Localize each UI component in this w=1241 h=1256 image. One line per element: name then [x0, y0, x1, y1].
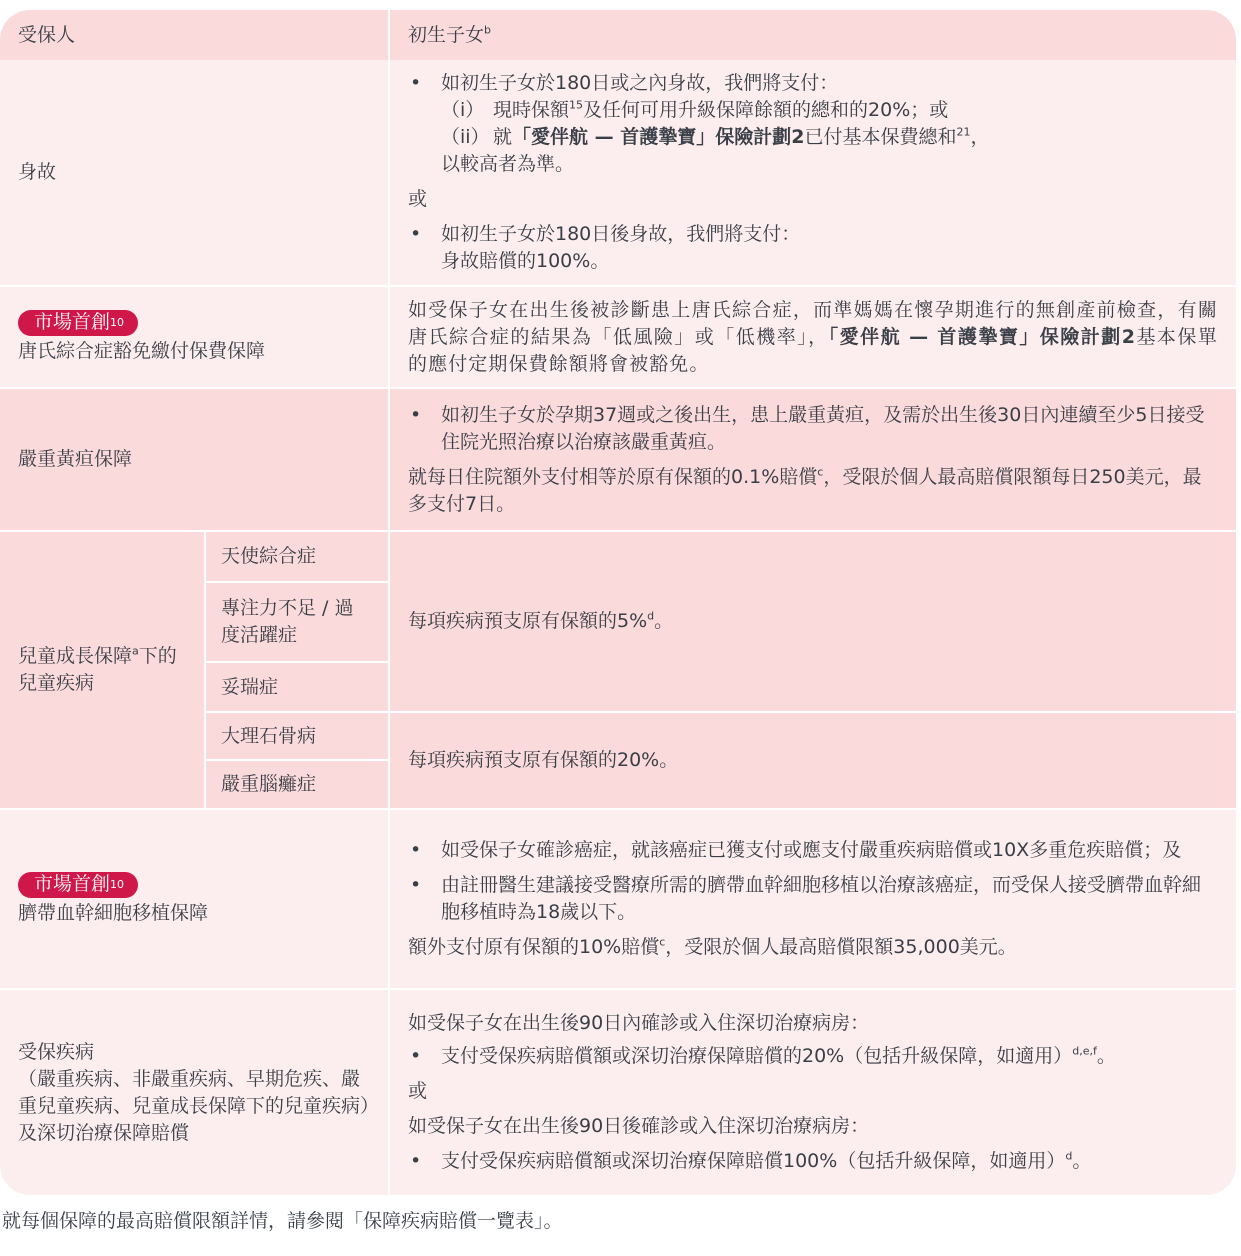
disease-osteopetrosis: 大理石骨病 [206, 713, 388, 759]
market-first-badge: 市場首創10 [18, 872, 138, 898]
child-growth-payout-20pct: 每項疾病預支原有保額的20%。 [390, 713, 1236, 808]
death-label: 身故 [18, 159, 370, 186]
bullet-dot: • [408, 221, 441, 275]
death-option-i: （i） 現時保額15及任何可用升級保障餘額的總和的20%；或 [441, 97, 1218, 124]
bullet-dot: • [408, 837, 441, 864]
cord-blood-payout: 額外支付原有保額的10%賠償c，受限於個人最高賠償限額35,000美元。 [408, 934, 1218, 961]
cord-blood-label: 臍帶血幹細胞移植保障 [18, 900, 370, 927]
death-option-ii: （ii） 就「愛伴航 — 首護摯寶」保險計劃2已付基本保費總和21， [441, 124, 1218, 151]
bullet-dot: • [408, 70, 441, 178]
child-growth-label-cell: 兒童成長保障a下的兒童疾病 [0, 532, 204, 808]
cord-blood-bullet-2: • 由註冊醫生建議接受醫療所需的臍帶血幹細胞移植以治療該癌症，而受保人接受臍帶血… [408, 872, 1218, 926]
within-90-bullet: • 支付受保疾病賠償額或深切治療保障賠償的20%（包括升級保障，如適用）d,e,… [408, 1043, 1218, 1070]
bullet-dot: • [408, 1148, 441, 1175]
death-bullet-within-180: • 如初生子女於180日或之內身故，我們將支付： （i） 現時保額15及任何可用… [408, 70, 1218, 178]
row-divider [206, 581, 388, 583]
disease-tourette: 妥瑞症 [206, 663, 388, 711]
row-divider [0, 988, 1236, 990]
jaundice-bullet: • 如初生子女於孕期37週或之後出生，患上嚴重黃疸，及需於出生後30日內連續至少… [408, 402, 1218, 456]
market-first-badge: 市場首創10 [18, 310, 138, 336]
within-90-intro: 如受保子女在出生後90日內確診或入住深切治療病房： [408, 1010, 1218, 1037]
row-divider [0, 808, 1236, 810]
bullet-dot: • [408, 402, 441, 456]
row-divider [206, 759, 388, 761]
header-newborn-cell: 初生子女b [390, 10, 1236, 60]
downs-label: 唐氏綜合症豁免繳付保費保障 [18, 338, 370, 365]
covered-illness-or: 或 [408, 1078, 1218, 1105]
header-newborn-label: 初生子女b [408, 22, 1218, 49]
column-divider [388, 10, 390, 1195]
child-growth-payout-5pct: 每項疾病預支原有保額的5%d。 [390, 532, 1236, 711]
after-90-bullet: • 支付受保疾病賠償額或深切治療保障賠償100%（包括升級保障，如適用）d。 [408, 1148, 1218, 1175]
jaundice-label-cell: 嚴重黃疸保障 [0, 389, 388, 530]
row-divider [206, 661, 388, 663]
bullet-dot: • [408, 872, 441, 926]
disease-cerebral-palsy: 嚴重腦癱症 [206, 761, 388, 808]
jaundice-payout: 就每日住院額外支付相等於原有保額的0.1%賠償c，受限於個人最高賠償限額每日25… [408, 464, 1218, 518]
bullet-dot: • [408, 1043, 441, 1070]
header-insured-cell: 受保人 [0, 10, 388, 60]
row-divider [0, 530, 1236, 532]
row-divider [0, 387, 1236, 389]
jaundice-detail-cell: • 如初生子女於孕期37週或之後出生，患上嚴重黃疸，及需於出生後30日內連續至少… [390, 389, 1236, 530]
cord-blood-bullet-1: • 如受保子女確診癌症，就該癌症已獲支付或應支付嚴重疾病賠償或10X多重危疾賠償… [408, 837, 1218, 864]
jaundice-label: 嚴重黃疸保障 [18, 446, 370, 473]
child-growth-label: 兒童成長保障a下的兒童疾病 [18, 643, 186, 697]
row-divider [0, 285, 1236, 287]
death-or: 或 [408, 186, 1218, 213]
cord-blood-detail-cell: • 如受保子女確診癌症，就該癌症已獲支付或應支付嚴重疾病賠償或10X多重危疾賠償… [390, 810, 1236, 988]
footer-note: 就每個保障的最高賠償限額詳情，請參閱「保障疾病賠償一覽表」。 [2, 1207, 563, 1235]
cord-blood-label-cell: 市場首創10 臍帶血幹細胞移植保障 [0, 810, 388, 988]
subcolumn-divider [204, 532, 206, 808]
row-divider [206, 711, 1236, 713]
death-detail-cell: • 如初生子女於180日或之內身故，我們將支付： （i） 現時保額15及任何可用… [390, 60, 1236, 285]
death-label-cell: 身故 [0, 60, 388, 285]
covered-illness-detail-cell: 如受保子女在出生後90日內確診或入住深切治療病房： • 支付受保疾病賠償額或深切… [390, 990, 1236, 1195]
downs-label-cell: 市場首創10 唐氏綜合症豁免繳付保費保障 [0, 287, 388, 387]
after-90-intro: 如受保子女在出生後90日後確診或入住深切治療病房： [408, 1113, 1218, 1140]
death-bullet-after-180: • 如初生子女於180日後身故，我們將支付： 身故賠償的100%。 [408, 221, 1218, 275]
disease-adhd: 專注力不足 / 過度活躍症 [206, 583, 388, 661]
downs-description: 如受保子女在出生後被診斷患上唐氏綜合症，而準媽媽在懷孕期進行的無創產前檢查，有關… [408, 297, 1218, 378]
disease-angelman: 天使綜合症 [206, 532, 388, 581]
downs-detail-cell: 如受保子女在出生後被診斷患上唐氏綜合症，而準媽媽在懷孕期進行的無創產前檢查，有關… [390, 287, 1236, 387]
header-insured-label: 受保人 [18, 22, 370, 49]
benefits-table: 受保人 初生子女b 身故 • 如初生子女於180日或之內身故，我們將支付： （i… [0, 10, 1236, 1195]
covered-illness-label-cell: 受保疾病 （嚴重疾病、非嚴重疾病、早期危疾、嚴重兒童疾病、兒童成長保障下的兒童疾… [0, 990, 388, 1195]
